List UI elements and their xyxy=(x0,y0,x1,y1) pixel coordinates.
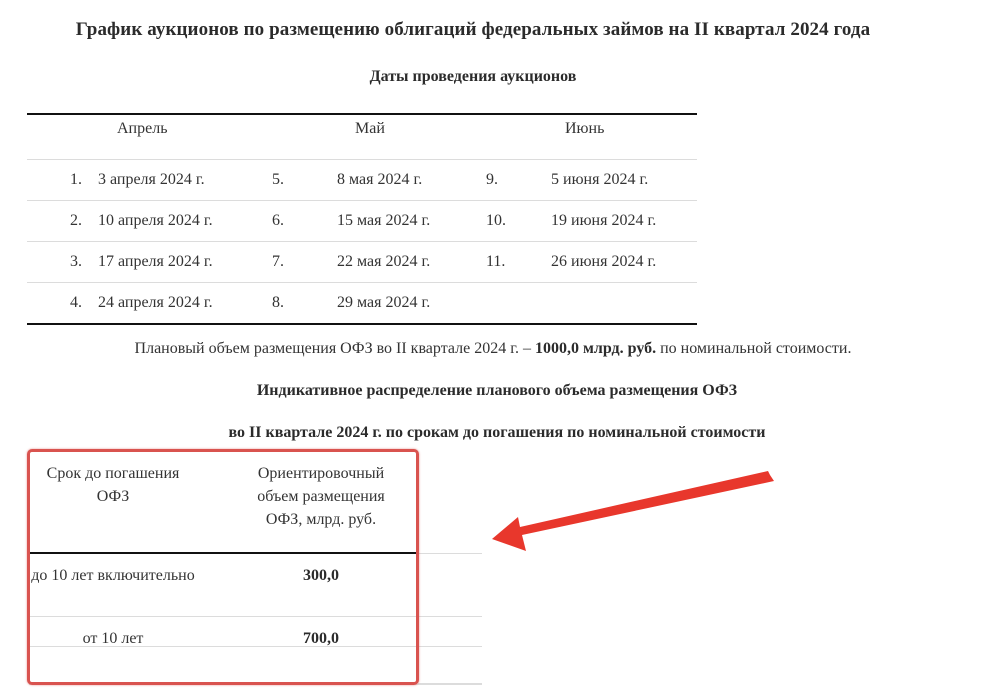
auction-number: 7. xyxy=(272,242,284,282)
auction-number: 2. xyxy=(70,201,82,241)
auction-date: 24 апреля 2024 г. xyxy=(98,283,213,323)
arrow-left-down-icon xyxy=(480,465,790,565)
auction-date: 22 мая 2024 г. xyxy=(337,242,430,282)
column-header-maturity: Срок до погашения ОФЗ xyxy=(29,462,197,508)
placement-volume: 300,0 xyxy=(241,564,401,587)
table-row: 1. 3 апреля 2024 г. 5. 8 мая 2024 г. 9. … xyxy=(27,159,697,200)
maturity-term: до 10 лет включительно xyxy=(29,564,197,587)
section-title-auction-dates: Даты проведения аукционов xyxy=(27,68,919,86)
distribution-heading-line-1: Индикативное распределение планового объ… xyxy=(0,382,986,400)
auction-date: 10 апреля 2024 г. xyxy=(98,201,213,241)
table-row: 2. 10 апреля 2024 г. 6. 15 мая 2024 г. 1… xyxy=(27,200,697,241)
auction-number: 8. xyxy=(272,283,284,323)
page-title: График аукционов по размещению облигаций… xyxy=(0,19,946,41)
auction-number: 5. xyxy=(272,160,284,200)
auction-number: 4. xyxy=(70,283,82,323)
table-row: 3. 17 апреля 2024 г. 7. 22 мая 2024 г. 1… xyxy=(27,241,697,282)
table-row-empty xyxy=(29,647,482,685)
table-row: 4. 24 апреля 2024 г. 8. 29 мая 2024 г. xyxy=(27,282,697,323)
table-divider xyxy=(418,553,482,554)
auction-number: 1. xyxy=(70,160,82,200)
planned-volume-prefix: Плановый объем размещения ОФЗ во II квар… xyxy=(135,340,535,357)
auction-date: 17 апреля 2024 г. xyxy=(98,242,213,282)
auction-date: 5 июня 2024 г. xyxy=(551,160,648,200)
table-divider xyxy=(418,683,482,684)
table-header-row: Апрель Май Июнь xyxy=(27,115,697,159)
column-header-volume: Ориентировочный объем размещения ОФЗ, мл… xyxy=(241,462,401,531)
distribution-heading-line-2: во II квартале 2024 г. по срокам до пога… xyxy=(0,424,986,442)
table-divider xyxy=(418,646,482,647)
auction-number: 6. xyxy=(272,201,284,241)
planned-volume-amount: 1000,0 млрд. руб. xyxy=(535,340,656,357)
auction-dates-table: Апрель Май Июнь 1. 3 апреля 2024 г. 5. 8… xyxy=(27,113,697,325)
table-divider xyxy=(418,616,482,617)
maturity-distribution-table: Срок до погашения ОФЗ Ориентировочный об… xyxy=(29,452,482,685)
auction-date: 19 июня 2024 г. xyxy=(551,201,656,241)
table-header-row: Срок до погашения ОФЗ Ориентировочный об… xyxy=(29,452,417,554)
auction-number: 3. xyxy=(70,242,82,282)
auction-date: 29 мая 2024 г. xyxy=(337,283,430,323)
auction-number: 10. xyxy=(486,201,506,241)
auction-number: 9. xyxy=(486,160,498,200)
column-header-april: Апрель xyxy=(117,117,168,141)
planned-volume-text: Плановый объем размещения ОФЗ во II квар… xyxy=(0,340,986,358)
auction-date: 26 июня 2024 г. xyxy=(551,242,656,282)
planned-volume-suffix: по номинальной стоимости. xyxy=(656,340,851,357)
auction-number: 11. xyxy=(486,242,505,282)
table-row: от 10 лет 700,0 xyxy=(29,617,482,647)
table-row: до 10 лет включительно 300,0 xyxy=(29,554,482,617)
auction-date: 3 апреля 2024 г. xyxy=(98,160,205,200)
auction-date: 15 мая 2024 г. xyxy=(337,201,430,241)
auction-date: 8 мая 2024 г. xyxy=(337,160,422,200)
column-header-may: Май xyxy=(355,117,385,141)
column-header-june: Июнь xyxy=(565,117,604,141)
